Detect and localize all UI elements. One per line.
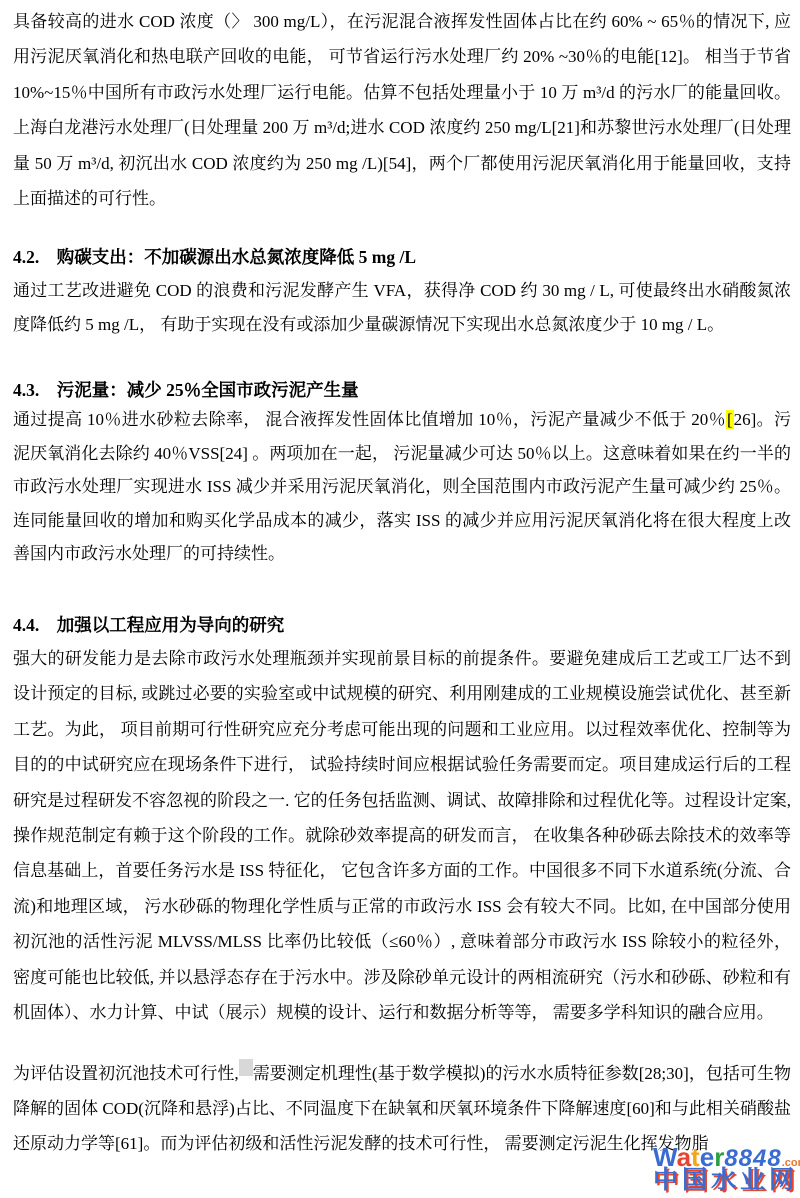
paragraph-4-3-sludge: 通过提高 10％进水砂粒去除率， 混合液挥发性固体比值增加 10％，污泥产量减少…	[13, 403, 791, 571]
paragraph-4-3-text-rest: 26]。污泥厌氧消化去除约 40％VSS[24] 。两项加在一起， 污泥量减少可…	[13, 410, 791, 563]
yellow-highlighted-bracket: [	[726, 410, 734, 429]
section-heading-4-2: 4.2. 购碳支出：不加碳源出水总氮浓度降低 5 mg /L	[13, 246, 791, 268]
section-heading-4-3: 4.3. 污泥量：减少 25％全国市政污泥产生量	[13, 379, 791, 401]
watermark: Water8848.com 中国水业网	[653, 1144, 800, 1193]
document-page: 具备较高的进水 COD 浓度（〉 300 mg/L），在污泥混合液挥发性固体占比…	[13, 4, 791, 1161]
paragraph-4-4-research: 强大的研发能力是去除市政污水处理瓶颈并实现前景目标的前提条件。要避免建成后工艺或…	[13, 641, 791, 1030]
paragraph-4-2-carbon: 通过工艺改进避免 COD 的浪费和污泥发酵产生 VFA，获得净 COD 约 30…	[13, 274, 791, 342]
gray-highlight-space	[239, 1059, 253, 1076]
paragraph-energy-recovery: 具备较高的进水 COD 浓度（〉 300 mg/L），在污泥混合液挥发性固体占比…	[13, 4, 791, 216]
watermark-site-name: 中国水业网	[653, 1168, 800, 1193]
paragraph-4-3-text-start: 通过提高 10％进水砂粒去除率， 混合液挥发性固体比值增加 10％，污泥产量减少…	[13, 410, 726, 429]
section-heading-4-4: 4.4. 加强以工程应用为导向的研究	[13, 614, 791, 636]
paragraph-feasibility-start: 为评估设置初沉池技术可行性,	[13, 1064, 239, 1083]
